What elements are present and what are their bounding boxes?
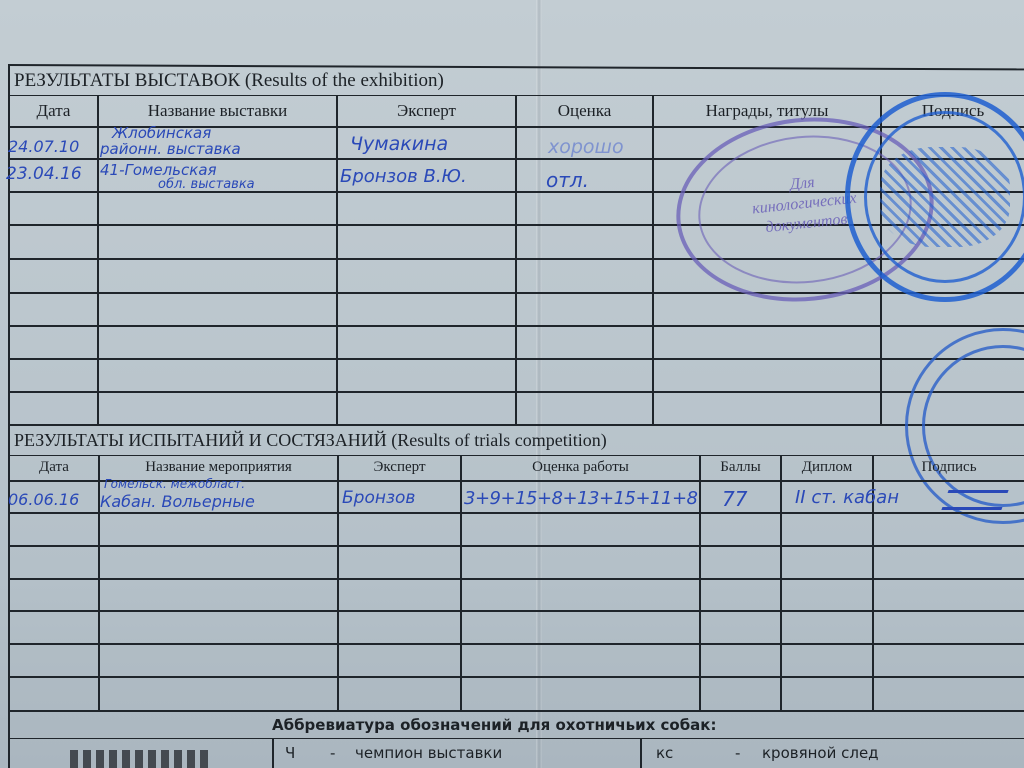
row-work-grade: 3+9+15+8+13+15+11+8 [464, 488, 698, 509]
row-date: 24.07.10 [8, 137, 79, 156]
abbr-code: Ч [285, 744, 295, 762]
table-line [8, 738, 1024, 739]
row-grade: отл. [546, 168, 589, 192]
col-header-awards: Награды, титулы [654, 101, 880, 121]
col-divider [780, 455, 782, 710]
col-header-date: Дата [10, 101, 97, 121]
col-divider [460, 455, 462, 710]
row-points: 77 [722, 487, 747, 511]
row-expert: Бронзов [342, 488, 415, 508]
row-date: 06.06.16 [8, 490, 79, 509]
row-date: 23.04.16 [6, 164, 82, 184]
abbr-meaning: кровяной след [762, 744, 879, 762]
col-divider [337, 455, 339, 710]
abbr-dash: - [330, 744, 335, 762]
row-event-name-line2: Кабан. Вольерные [100, 492, 255, 511]
col-header-diploma: Диплом [782, 459, 872, 476]
table-line [8, 424, 1024, 426]
abbr-code: кс [656, 744, 673, 762]
row-expert: Чумакина [350, 133, 448, 155]
abbr-meaning: чемпион выставки [355, 744, 502, 762]
col-divider [336, 95, 338, 424]
col-header-expert: Эксперт [339, 459, 460, 476]
col-header-expert: Эксперт [338, 101, 515, 121]
signature-scribble [941, 490, 1008, 510]
col-header-signature: Подпись [874, 459, 1024, 476]
col-divider [640, 738, 642, 768]
col-divider [272, 738, 274, 768]
col-header-points: Баллы [701, 459, 780, 476]
col-header-date: Дата [10, 459, 98, 476]
row-diploma: II ст. кабан [795, 487, 899, 508]
col-divider [652, 95, 654, 424]
col-divider [515, 95, 517, 424]
row-show-name-line2: районн. выставка [100, 140, 241, 158]
col-divider [699, 455, 701, 710]
exhibition-title: РЕЗУЛЬТАТЫ ВЫСТАВОК (Results of the exhi… [14, 70, 444, 92]
col-header-work-grade: Оценка работы [462, 459, 699, 476]
bleed-through-text [70, 750, 210, 768]
trials-title: РЕЗУЛЬТАТЫ ИСПЫТАНИЙ И СОСТЯЗАНИЙ (Resul… [14, 430, 607, 451]
col-header-grade: Оценка [517, 101, 652, 121]
col-header-event-name: Название мероприятия [100, 459, 337, 476]
row-grade: хорошо [548, 136, 624, 158]
abbreviations-title: Аббревиатура обозначений для охотничьих … [272, 716, 716, 734]
row-expert: Бронзов В.Ю. [340, 166, 467, 187]
row-event-name-line1: Гомельск. межобласт. [104, 477, 245, 491]
col-divider [97, 95, 99, 424]
col-header-show-name: Название выставки [99, 101, 336, 121]
row-show-name-line2: обл. выставка [158, 177, 255, 192]
table-line [8, 710, 1024, 712]
abbr-dash: - [735, 744, 740, 762]
